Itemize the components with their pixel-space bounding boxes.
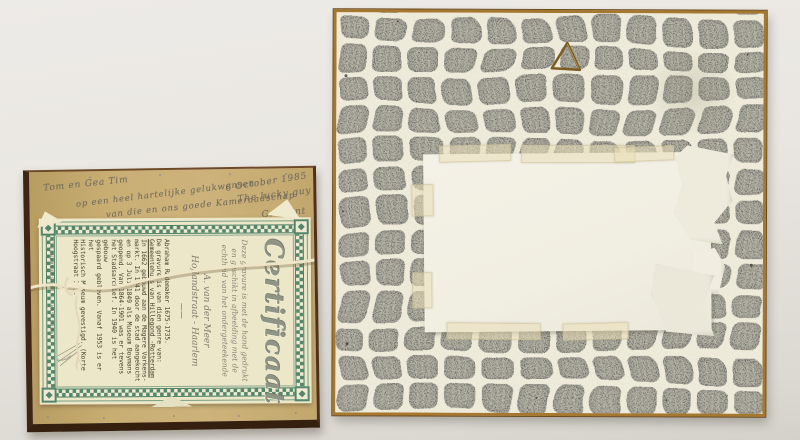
nail-hole [747, 54, 749, 56]
typed-line: Historisch Museum gevestigd. (Korte [79, 239, 87, 383]
nail-dot [173, 415, 175, 417]
certificate-name-block: A. van der Meer Hoflandstraat - Haarlem [188, 239, 213, 383]
paper-stain [626, 31, 756, 151]
certificate-corner-ornament [42, 388, 57, 403]
nail-hole [344, 74, 347, 77]
nail-dot [295, 412, 297, 414]
script-line: en geschikt in afbeelding met de [229, 239, 240, 383]
certificate-border-band [46, 224, 304, 234]
triangle-hanger [548, 38, 586, 74]
nail-hole [342, 210, 344, 212]
certificate-rotated-content: Certificaat Deze gravure is met de hand … [39, 217, 312, 404]
certificate-script-text: Deze gravure is met de hand gedrukt en g… [219, 239, 250, 383]
blank-label-card [423, 152, 712, 332]
handwriting-inscription: Tom en Gea Tim op een heel hartelijke ge… [29, 168, 313, 172]
nail-dot [159, 174, 161, 176]
nail-dot [238, 415, 240, 417]
tape-strip [614, 145, 675, 163]
tape-strip [439, 144, 511, 163]
nail-dot [89, 176, 91, 178]
certificate-name: A. van der Meer [200, 239, 213, 383]
certificate-title: Certificaat [258, 238, 289, 382]
right-frame-back [332, 9, 766, 417]
certificate-border-band [295, 224, 305, 396]
inscription-line: Tom en Gea Tim [43, 175, 129, 194]
script-line: echtheid van het ondergeteekende [219, 239, 230, 383]
photo-backdrop-wall: { "scene": { "description": "Back view o… [0, 0, 800, 440]
certificate-divider: —— [177, 239, 187, 383]
typed-line: het Stadsarchief. In 1940 is het gebouw [101, 239, 117, 383]
certificate-corner-ornament [294, 219, 309, 234]
tape-strip [412, 272, 432, 308]
tape-strip [447, 322, 541, 340]
nail-hole [397, 20, 399, 22]
left-frame-back: Tom en Gea Tim op een heel hartelijke ge… [23, 166, 320, 433]
nail-hole [750, 264, 753, 267]
nail-hole [665, 399, 667, 401]
printer-imprint: STEENDRUKKERIJ - AMSTERDAM [48, 239, 54, 340]
certificate-content: Certificaat Deze gravure is met de hand … [58, 238, 293, 383]
nail-hole [346, 342, 349, 345]
nail-dot [47, 416, 49, 418]
script-line: Deze gravure is met de hand gedrukt [239, 239, 250, 383]
certificate-corner-ornament [295, 386, 310, 401]
typed-line: Abraham Rademaker 1675-1735. [162, 239, 170, 383]
nail-dot [229, 173, 231, 175]
tape-strip [411, 184, 433, 216]
certificate-address: Hoflandstraat - Haarlem [188, 239, 201, 383]
nail-dot [103, 417, 105, 419]
certificate-back: Certificaat Deze gravure is met de hand … [39, 217, 312, 404]
nail-hole [535, 397, 537, 399]
nail-dot [37, 292, 39, 294]
certificate-typed-block: Abraham Rademaker 1675-1735. De gravure … [71, 239, 170, 384]
nail-dot [285, 173, 287, 175]
tape-strip [562, 322, 628, 341]
typed-line: en op 3 Juli 1849 als Museum Boymans [124, 239, 132, 383]
typed-line: gespaard gebleven. Vanaf 1953 is er het [86, 239, 102, 383]
